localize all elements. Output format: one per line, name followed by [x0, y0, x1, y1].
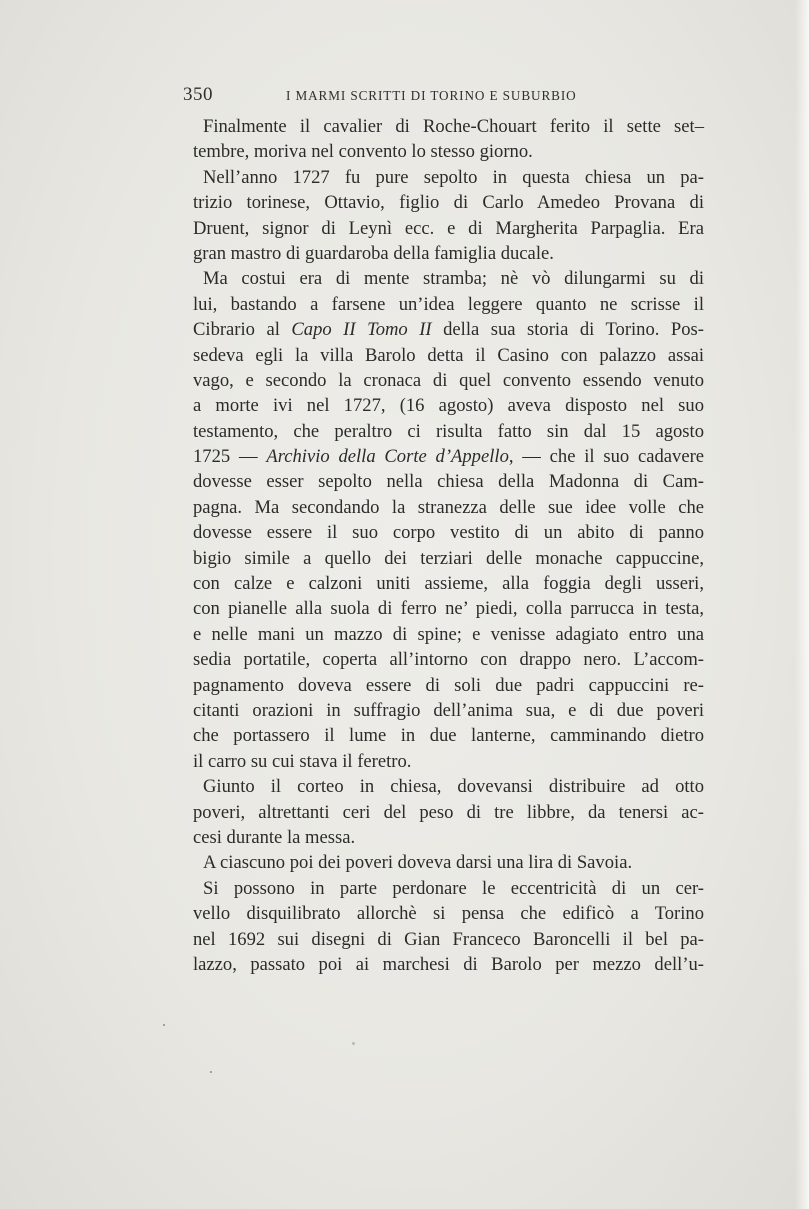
paragraph: A ciascuno poi dei poveri doveva darsi u… [193, 850, 704, 875]
text-line: Si possono in parte perdonare le eccentr… [193, 876, 704, 901]
text-segment: a morte ivi nel 1727, (16 agosto) aveva … [193, 395, 704, 416]
text-line: cesi durante la messa. [193, 825, 704, 850]
text-segment: dovesse essere il suo corpo vestito di u… [193, 522, 704, 543]
paper-speck [696, 782, 698, 784]
text-segment: pagna. Ma secondando la stranezza delle … [193, 497, 704, 518]
text-segment: 1725 — [193, 446, 266, 467]
text-line: sedia portatile, coperta all’intorno con… [193, 647, 704, 672]
text-segment: tembre, moriva nel convento lo stesso gi… [193, 141, 533, 162]
text-line: 1725 — Archivio della Corte d’Appello, —… [193, 444, 704, 469]
text-segment: , — che il suo cadavere [509, 446, 704, 467]
text-line: vello disquilibrato allorchè si pensa ch… [193, 901, 704, 926]
text-segment: vago, e secondo la cronaca di quel conve… [193, 370, 704, 391]
text-segment: lazzo, passato poi ai marchesi di Barolo… [193, 954, 704, 975]
text-segment: Si possono in parte perdonare le eccentr… [203, 878, 704, 899]
text-segment: gran mastro di guardaroba della famiglia… [193, 243, 554, 264]
text-segment: nel 1692 sui disegni di Gian Franceco Ba… [193, 929, 704, 950]
paragraph: Nell’anno 1727 fu pure sepolto in questa… [193, 165, 704, 267]
text-segment: Ma costui era di mente stramba; nè vò di… [203, 268, 704, 289]
text-line: e nelle mani un mazzo di spine; e veniss… [193, 622, 704, 647]
running-head: 350 I MARMI SCRITTI DI TORINO E SUBURBIO [183, 84, 623, 108]
text-line: con pianelle alla suola di ferro ne’ pie… [193, 596, 704, 621]
text-segment: Giunto il corteo in chiesa, dovevansi di… [203, 776, 704, 797]
text-segment: il carro su cui stava il feretro. [193, 751, 411, 772]
text-segment: citanti orazioni in suffragio dell’anima… [193, 700, 704, 721]
text-line: A ciascuno poi dei poveri doveva darsi u… [193, 850, 704, 875]
text-line: vago, e secondo la cronaca di quel conve… [193, 368, 704, 393]
text-line: che portassero il lume in due lanterne, … [193, 723, 704, 748]
text-line: poveri, altrettanti ceri del peso di tre… [193, 800, 704, 825]
text-segment: che portassero il lume in due lanterne, … [193, 725, 704, 746]
text-segment: trizio torinese, Ottavio, figlio di Carl… [193, 192, 704, 213]
paragraph: Ma costui era di mente stramba; nè vò di… [193, 266, 704, 774]
text-line: con calze e calzoni uniti assieme, alla … [193, 571, 704, 596]
page-number: 350 [183, 84, 213, 106]
text-segment: vello disquilibrato allorchè si pensa ch… [193, 903, 704, 924]
text-line: lazzo, passato poi ai marchesi di Barolo… [193, 952, 704, 977]
text-line: tembre, moriva nel convento lo stesso gi… [193, 139, 704, 164]
paragraph: Giunto il corteo in chiesa, dovevansi di… [193, 774, 704, 850]
paragraph: Finalmente il cavalier di Roche-Chouart … [193, 114, 704, 165]
text-line: testamento, che peraltro ci risulta fatt… [193, 419, 704, 444]
text-segment: cesi durante la messa. [193, 827, 355, 848]
paper-speck [698, 282, 700, 284]
text-segment: bigio simile a quello dei terziari delle… [193, 548, 704, 569]
text-segment: A ciascuno poi dei poveri doveva darsi u… [203, 852, 632, 873]
text-line: Giunto il corteo in chiesa, dovevansi di… [193, 774, 704, 799]
text-line: il carro su cui stava il feretro. [193, 749, 704, 774]
italic-citation: Archivio della Corte d’Appello [266, 446, 509, 467]
text-line: pagnamento doveva essere di soli due pad… [193, 673, 704, 698]
running-title: I MARMI SCRITTI DI TORINO E SUBURBIO [286, 88, 577, 104]
text-segment: pagnamento doveva essere di soli due pad… [193, 675, 704, 696]
text-line: trizio torinese, Ottavio, figlio di Carl… [193, 190, 704, 215]
text-segment: Cibrario al [193, 319, 291, 340]
text-line: lui, bastando a farsene un’idea leggere … [193, 292, 704, 317]
text-segment: e nelle mani un mazzo di spine; e veniss… [193, 624, 704, 645]
text-segment: poveri, altrettanti ceri del peso di tre… [193, 802, 704, 823]
text-line: nel 1692 sui disegni di Gian Franceco Ba… [193, 927, 704, 952]
body-text: Finalmente il cavalier di Roche-Chouart … [193, 114, 704, 977]
text-line: bigio simile a quello dei terziari delle… [193, 546, 704, 571]
text-segment: Finalmente il cavalier di Roche-Chouart … [203, 116, 704, 137]
text-segment: testamento, che peraltro ci risulta fatt… [193, 421, 704, 442]
text-line: a morte ivi nel 1727, (16 agosto) aveva … [193, 393, 704, 418]
text-segment: con calze e calzoni uniti assieme, alla … [193, 573, 704, 594]
text-line: dovesse essere il suo corpo vestito di u… [193, 520, 704, 545]
text-line: citanti orazioni in suffragio dell’anima… [193, 698, 704, 723]
text-line: Druent, signor di Leynì ecc. e di Marghe… [193, 216, 704, 241]
text-segment: della sua storia di Torino. Pos- [432, 319, 704, 340]
text-line: Nell’anno 1727 fu pure sepolto in questa… [193, 165, 704, 190]
text-line: sedeva egli la villa Barolo detta il Cas… [193, 343, 704, 368]
book-page: 350 I MARMI SCRITTI DI TORINO E SUBURBIO… [0, 0, 809, 1209]
text-line: pagna. Ma secondando la stranezza delle … [193, 495, 704, 520]
paper-speck [352, 1042, 355, 1045]
text-line: Ma costui era di mente stramba; nè vò di… [193, 266, 704, 291]
text-segment: sedia portatile, coperta all’intorno con… [193, 649, 704, 670]
text-segment: sedeva egli la villa Barolo detta il Cas… [193, 345, 704, 366]
paragraph: Si possono in parte perdonare le eccentr… [193, 876, 704, 978]
text-segment: Nell’anno 1727 fu pure sepolto in questa… [203, 167, 704, 188]
text-line: gran mastro di guardaroba della famiglia… [193, 241, 704, 266]
text-segment: con pianelle alla suola di ferro ne’ pie… [193, 598, 704, 619]
text-segment: dovesse esser sepolto nella chiesa della… [193, 471, 704, 492]
text-line: Finalmente il cavalier di Roche-Chouart … [193, 114, 704, 139]
text-line: Cibrario al Capo II Tomo II della sua st… [193, 317, 704, 342]
paper-speck [210, 1071, 212, 1073]
text-line: dovesse esser sepolto nella chiesa della… [193, 469, 704, 494]
text-segment: Druent, signor di Leynì ecc. e di Marghe… [193, 218, 704, 239]
paper-speck [163, 1024, 165, 1026]
italic-citation: Capo II Tomo II [291, 319, 431, 340]
text-segment: lui, bastando a farsene un’idea leggere … [193, 294, 704, 315]
